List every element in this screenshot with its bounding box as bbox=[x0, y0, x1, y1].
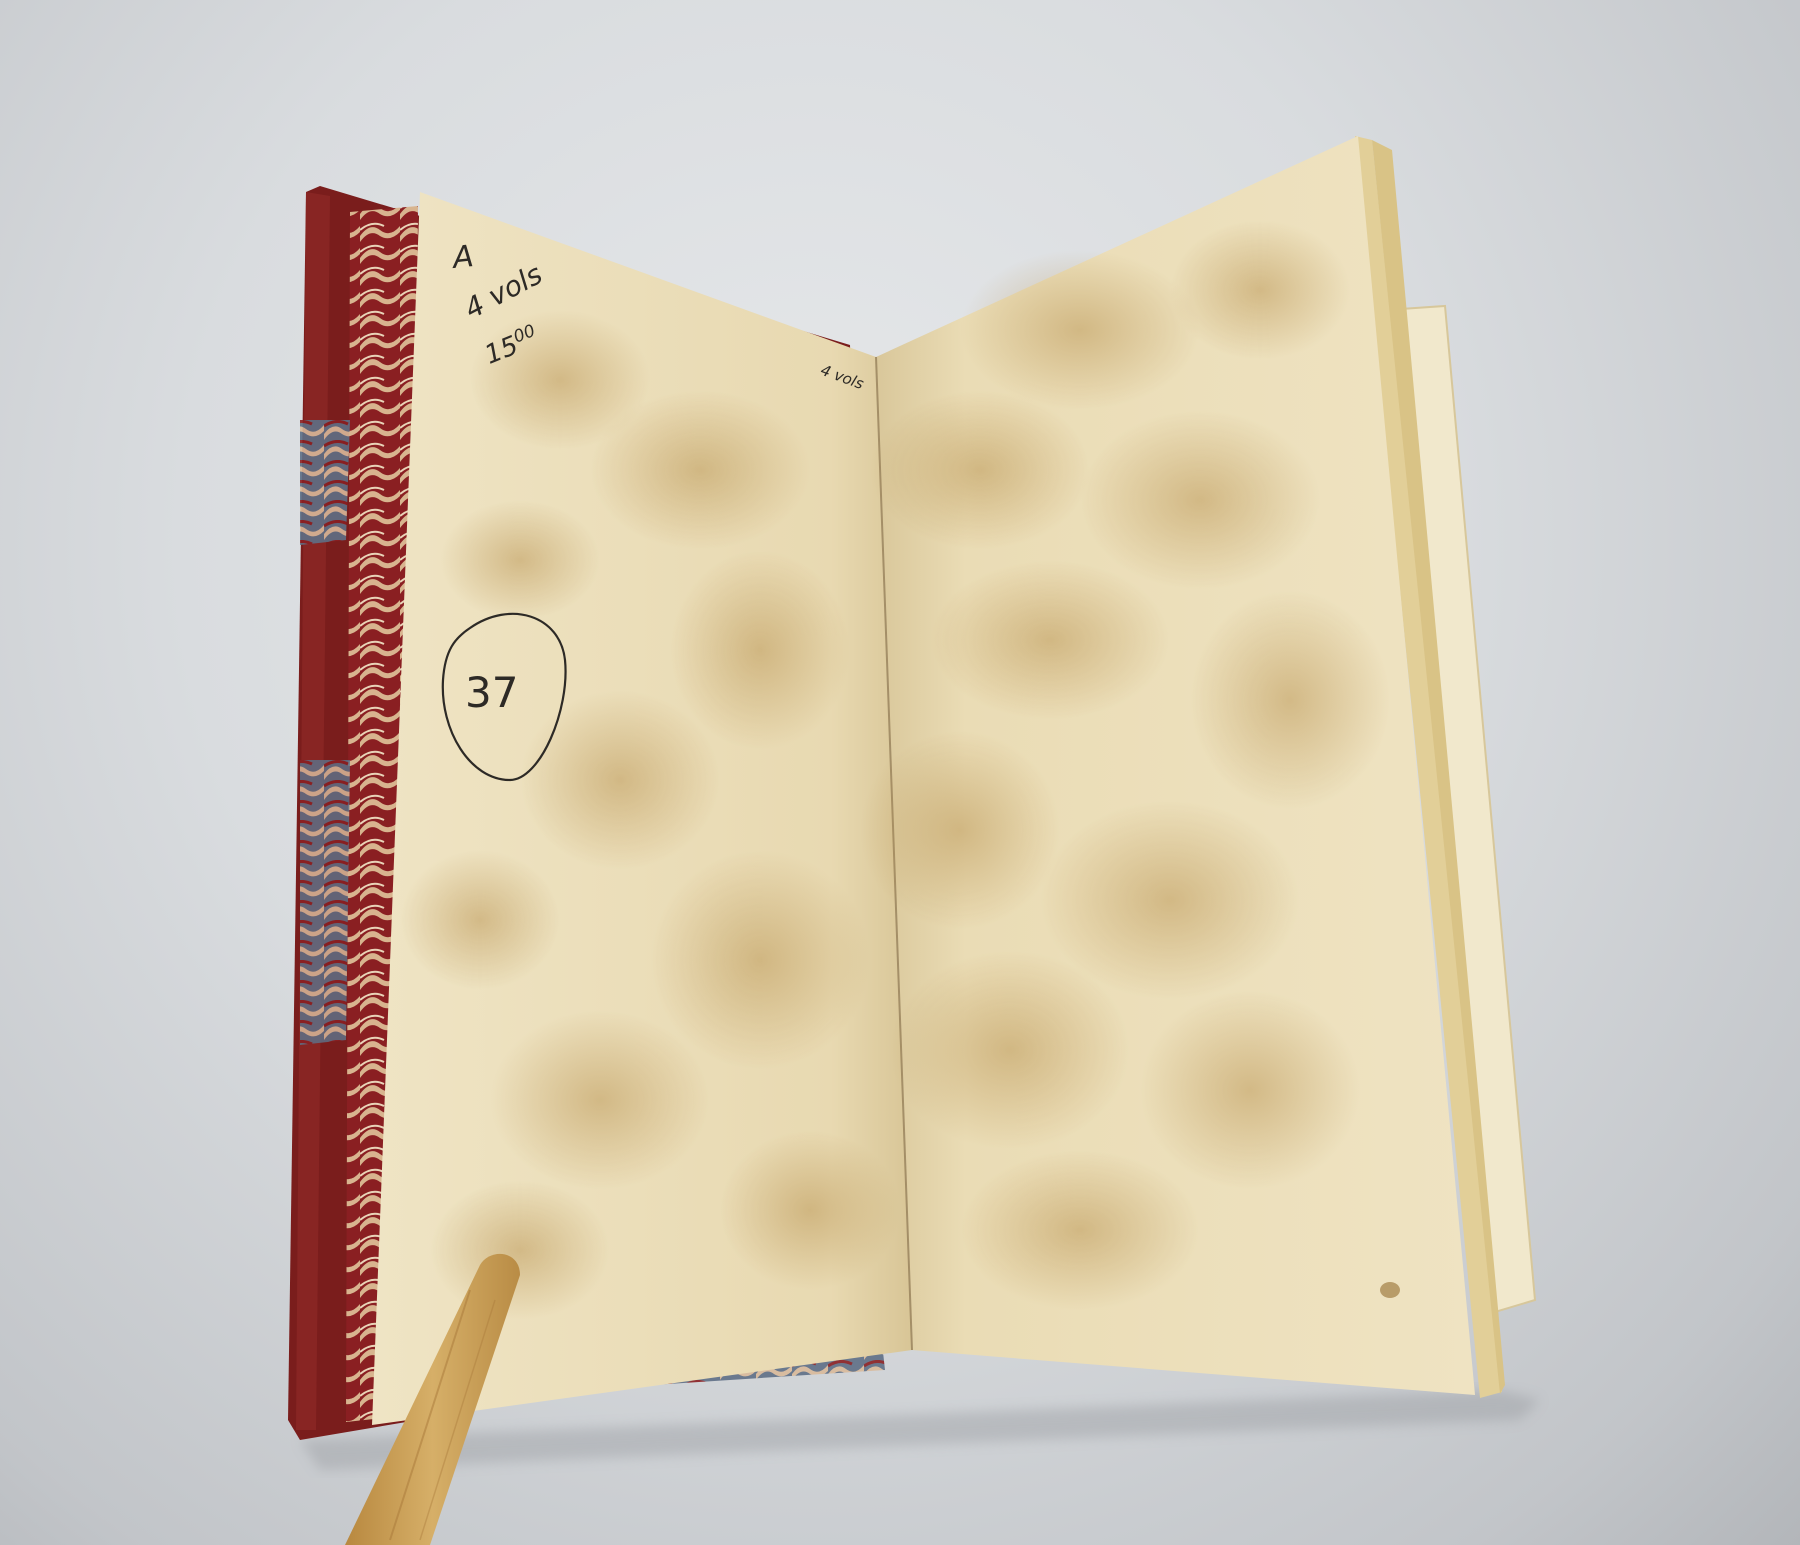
circled-number: 37 bbox=[465, 668, 518, 717]
book-illustration bbox=[0, 0, 1800, 1545]
book-photo: A 4 vols 1500 4 vols 37 Open antique boo… bbox=[0, 0, 1800, 1545]
note-letter: A bbox=[451, 239, 475, 276]
